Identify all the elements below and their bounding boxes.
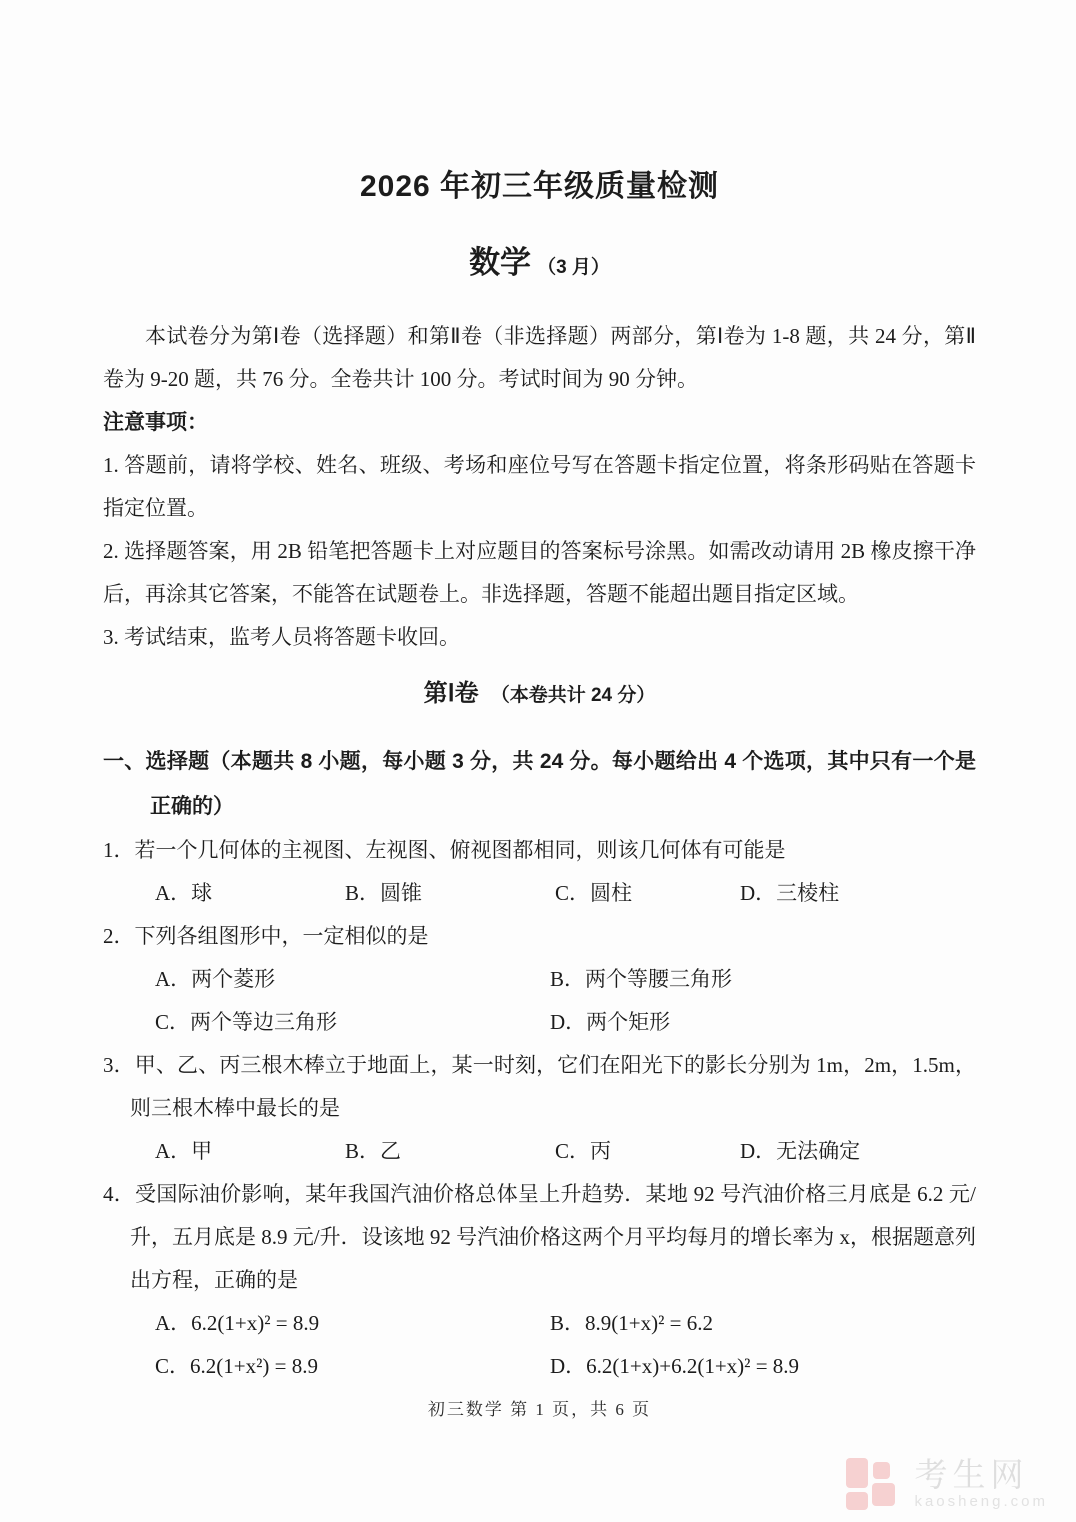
question-1-text: 1．若一个几何体的主视图、左视图、俯视图都相同，则该几何体有可能是	[103, 829, 976, 872]
question-2-option-b: B．两个等腰三角形	[550, 958, 976, 1001]
question-3-option-c: C．丙	[555, 1130, 740, 1173]
section-1-heading-label: 第Ⅰ卷	[424, 680, 479, 707]
kaosheng-logo-icon	[846, 1458, 898, 1510]
question-2-option-a: A．两个菱形	[155, 958, 550, 1001]
exam-intro: 本试卷分为第Ⅰ卷（选择题）和第Ⅱ卷（非选择题）两部分，第Ⅰ卷为 1-8 题，共 …	[103, 315, 976, 401]
subject-line: 数学（3 月）	[103, 242, 976, 289]
question-3-option-a: A．甲	[155, 1130, 345, 1173]
subject-month-note: （3 月）	[537, 257, 610, 278]
note-item-1: 1. 答题前，请将学校、姓名、班级、考场和座位号写在答题卡指定位置，将条形码贴在…	[103, 444, 976, 530]
exam-page: 2026 年初三年级质量检测 数学（3 月） 本试卷分为第Ⅰ卷（选择题）和第Ⅱ卷…	[0, 0, 1076, 1522]
watermark-site-domain: kaosheng.com	[914, 1493, 1048, 1510]
question-1-option-d: D．三棱柱	[740, 872, 976, 915]
question-4-option-c: C．6.2(1+x²) = 8.9	[155, 1345, 550, 1388]
notes-title: 注意事项：	[103, 401, 976, 444]
question-3-text: 3．甲、乙、丙三根木棒立于地面上，某一时刻，它们在阳光下的影长分别为 1m，2m…	[103, 1044, 976, 1130]
question-1: 1．若一个几何体的主视图、左视图、俯视图都相同，则该几何体有可能是 A．球 B．…	[103, 829, 976, 915]
section-1-points-note: （本卷共计 24 分）	[491, 685, 656, 706]
question-2: 2．下列各组图形中，一定相似的是 A．两个菱形 B．两个等腰三角形 C．两个等边…	[103, 915, 976, 1044]
kaosheng-watermark: 考生网 kaosheng.com	[846, 1457, 1048, 1510]
note-item-2: 2. 选择题答案，用 2B 铅笔把答题卡上对应题目的答案标号涂黑。如需改动请用 …	[103, 530, 976, 616]
question-4-options: A．6.2(1+x)² = 8.9 B．8.9(1+x)² = 6.2 C．6.…	[103, 1302, 976, 1388]
question-4-option-a: A．6.2(1+x)² = 8.9	[155, 1302, 550, 1345]
question-2-options: A．两个菱形 B．两个等腰三角形 C．两个等边三角形 D．两个矩形	[103, 958, 976, 1044]
watermark-site-name: 考生网	[914, 1457, 1028, 1493]
question-1-option-a: A．球	[155, 872, 345, 915]
section-1-heading: 第Ⅰ卷（本卷共计 24 分）	[103, 673, 976, 717]
question-2-option-d: D．两个矩形	[550, 1001, 976, 1044]
question-3-options: A．甲 B．乙 C．丙 D．无法确定	[103, 1130, 976, 1173]
exam-title: 2026 年初三年级质量检测	[103, 166, 976, 208]
question-4-option-d: D．6.2(1+x)+6.2(1+x)² = 8.9	[550, 1345, 976, 1388]
choice-section-title: 一、选择题（本题共 8 小题，每小题 3 分，共 24 分。每小题给出 4 个选…	[103, 739, 976, 829]
page-footer: 初三数学 第 1 页，共 6 页	[103, 1396, 976, 1424]
question-3-option-d: D．无法确定	[740, 1130, 976, 1173]
question-3: 3．甲、乙、丙三根木棒立于地面上，某一时刻，它们在阳光下的影长分别为 1m，2m…	[103, 1044, 976, 1173]
subject-title: 数学	[469, 245, 531, 280]
note-item-3: 3. 考试结束，监考人员将答题卡收回。	[103, 616, 976, 659]
exam-content: 2026 年初三年级质量检测 数学（3 月） 本试卷分为第Ⅰ卷（选择题）和第Ⅱ卷…	[0, 0, 1076, 1424]
question-2-option-c: C．两个等边三角形	[155, 1001, 550, 1044]
question-4-option-b: B．8.9(1+x)² = 6.2	[550, 1302, 976, 1345]
question-4-text: 4．受国际油价影响，某年我国汽油价格总体呈上升趋势．某地 92 号汽油价格三月底…	[103, 1173, 976, 1302]
question-1-option-c: C．圆柱	[555, 872, 740, 915]
watermark-text: 考生网 kaosheng.com	[914, 1457, 1048, 1510]
question-4: 4．受国际油价影响，某年我国汽油价格总体呈上升趋势．某地 92 号汽油价格三月底…	[103, 1173, 976, 1388]
question-2-text: 2．下列各组图形中，一定相似的是	[103, 915, 976, 958]
question-1-option-b: B．圆锥	[345, 872, 555, 915]
question-1-options: A．球 B．圆锥 C．圆柱 D．三棱柱	[103, 872, 976, 915]
question-3-option-b: B．乙	[345, 1130, 555, 1173]
